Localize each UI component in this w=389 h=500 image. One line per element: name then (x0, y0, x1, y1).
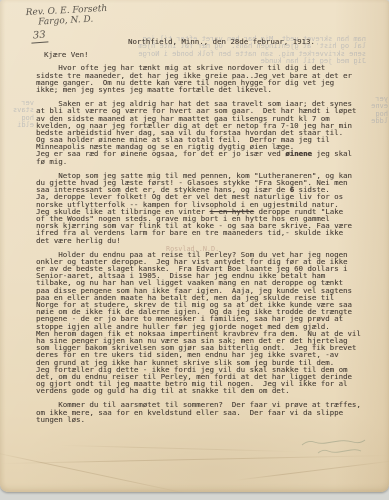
letter-paper: nam han skrevet vedt Mig har ben varet e… (0, 0, 389, 492)
date-line: Northfield, Minn., den 28de februar, 191… (36, 38, 371, 45)
typed-line: det være herlig du! (36, 237, 371, 244)
paper-crease (0, 455, 389, 464)
paper-crease (60, 445, 300, 452)
typed-line: verdens gode og guld ha dig til at snakk… (36, 387, 371, 394)
letter-paragraph: Kommer du til aarsmøtet til sommeren? De… (36, 401, 371, 423)
scanned-letter-page: { "colors": { "paper": "#ecdec2", "typew… (0, 0, 389, 500)
handwritten-recipient: Rev. O. E. Forseth Fargo, N. D. (26, 4, 108, 28)
bleedthrough-line: ver (0, 100, 34, 107)
typed-text: Jeg er saa ræd for øinene ogsaa, for det… (36, 149, 285, 158)
overtyped-text: øinene (285, 149, 312, 158)
typed-line: om ikke mere, saa for en kveldstund elle… (36, 409, 371, 416)
letter-paragraph: Holder du endnu paa at reise til Perley?… (36, 251, 371, 395)
letter-body: Hvor ofte jeg har tænkt mig at skrive no… (36, 64, 371, 423)
paper-crease (236, 460, 389, 480)
paper-crease (0, 451, 186, 494)
typed-text: jeg skal (312, 149, 352, 158)
typed-line: Jeg er saa ræd for øinene ogsaa, for det… (36, 150, 371, 157)
typed-letter: Northfield, Minn., den 28de februar, 191… (36, 38, 371, 430)
salutation: Kjære Ven! (36, 51, 371, 58)
typed-line: fø mig. (36, 158, 371, 165)
faint-handwriting-marks (296, 437, 378, 463)
letter-paragraph: Netop som jeg satte mig til med pennen, … (36, 172, 371, 244)
letter-paragraph: Saken er at jeg aldrig har hat det saa t… (36, 100, 371, 165)
bleedthrough-line: hog (0, 115, 34, 122)
letter-paragraph: Hvor ofte jeg har tænkt mig at skrive no… (36, 64, 371, 93)
typed-line: ikke; men jeg syntes jeg maatte fortælle… (36, 86, 371, 93)
bleedthrough-line: stavs (0, 107, 34, 114)
bleedthrough-line: eldi (0, 122, 34, 129)
bleedthrough-text: verstavshogeldi (0, 100, 34, 129)
